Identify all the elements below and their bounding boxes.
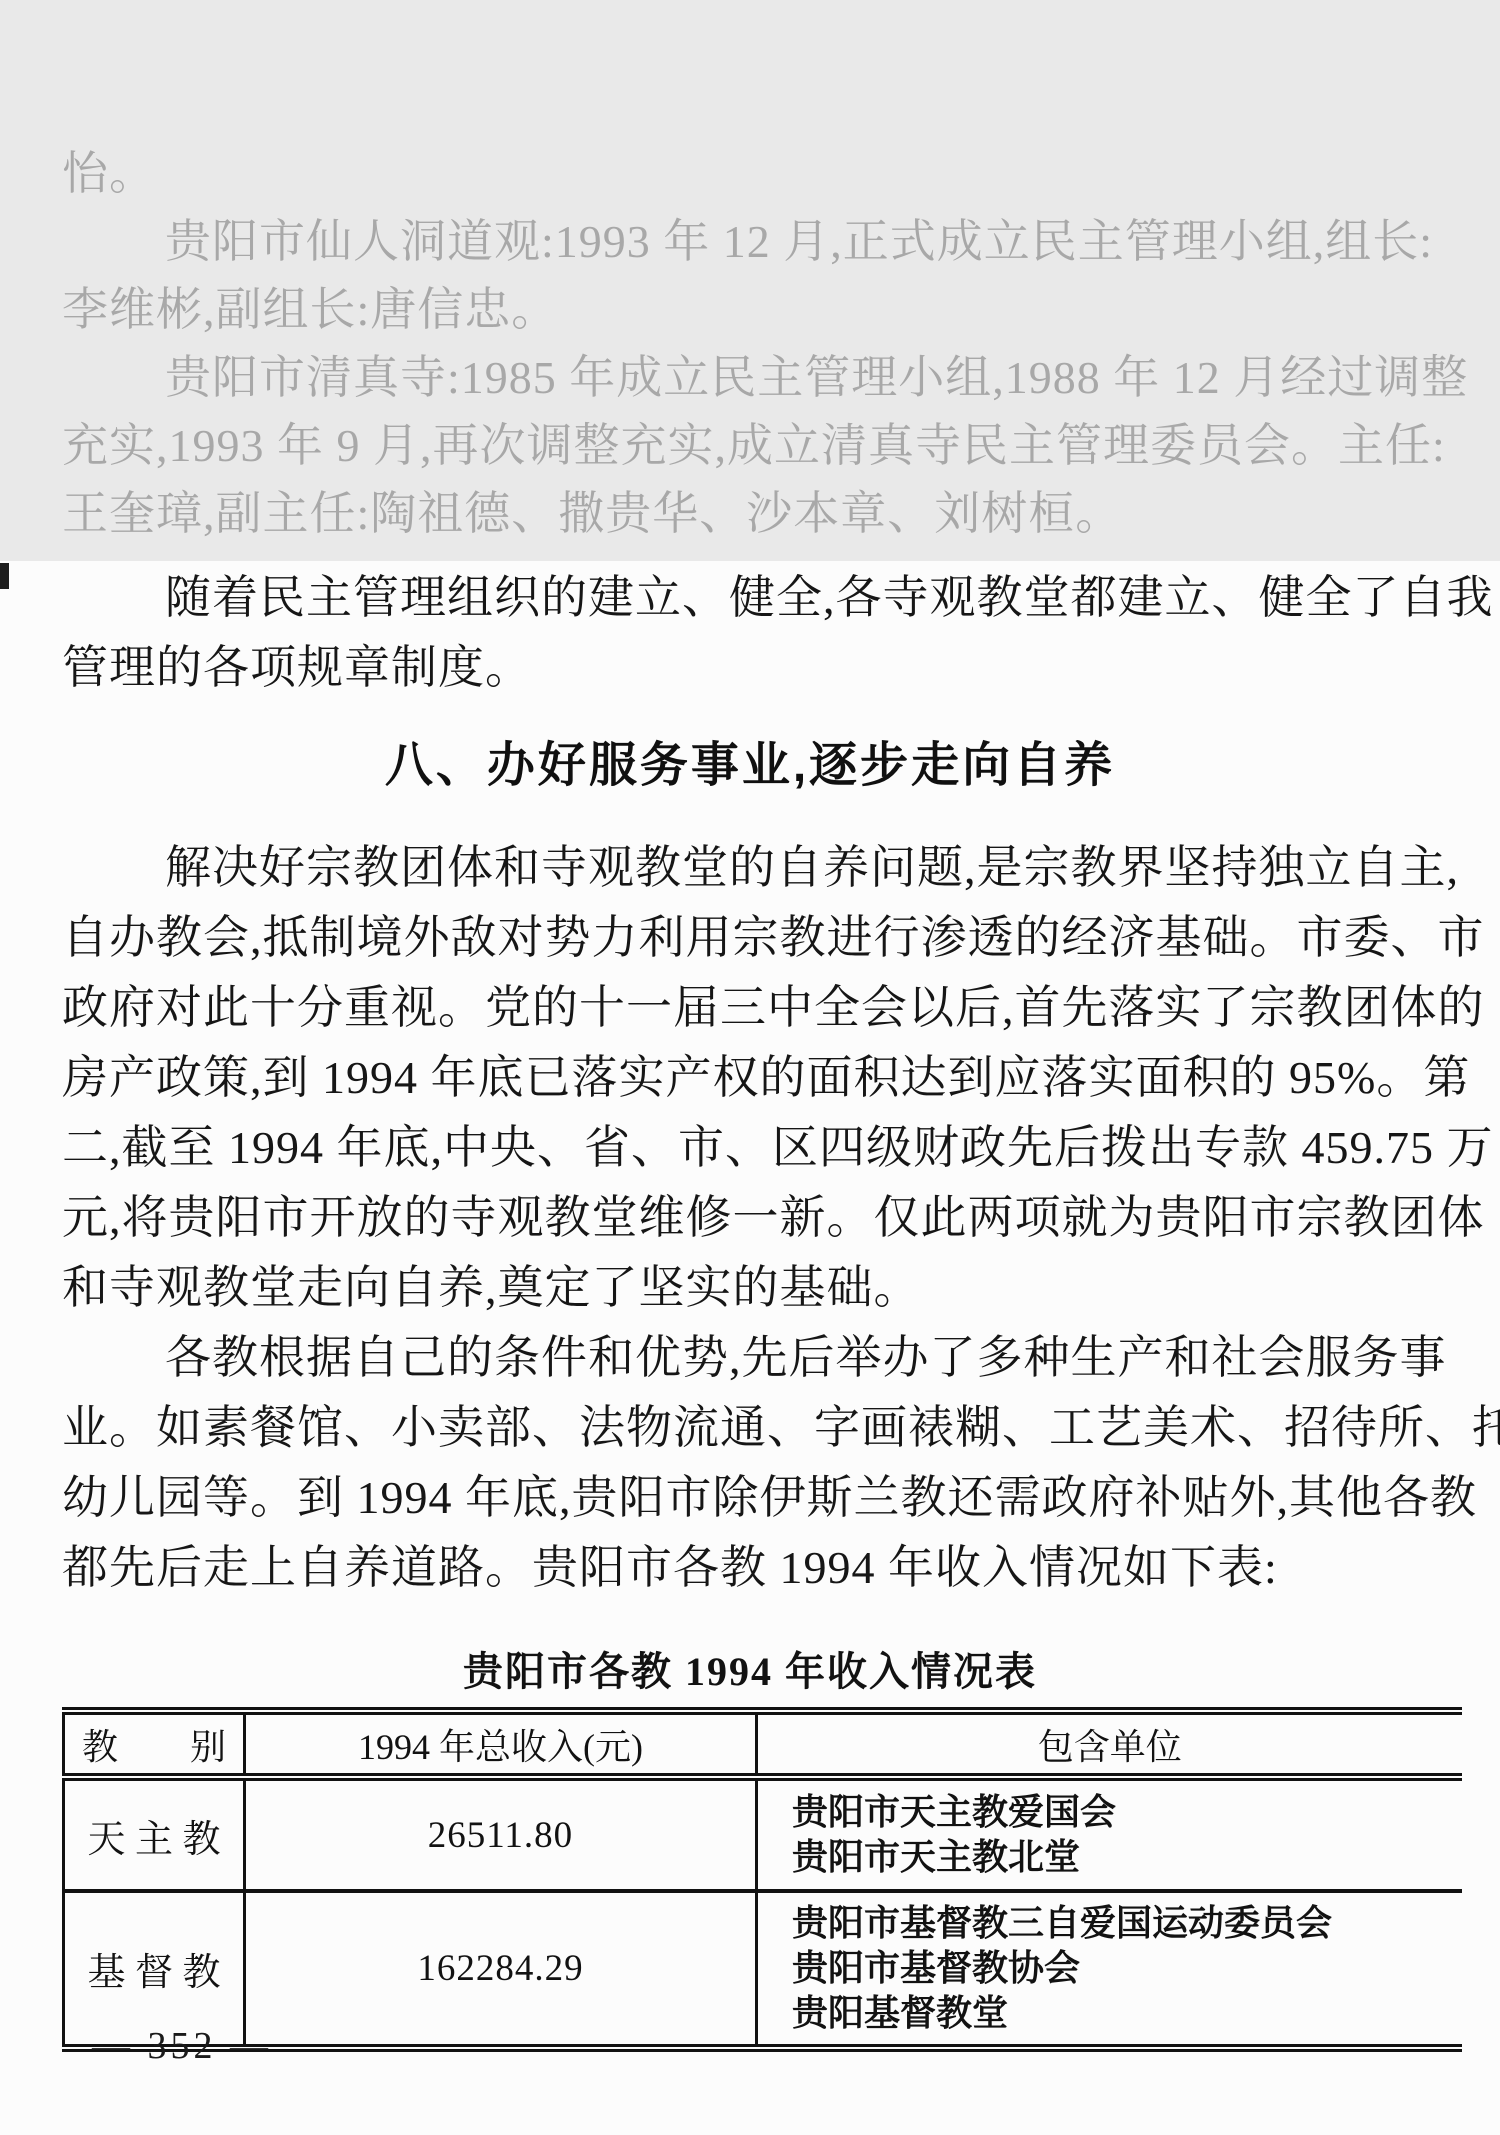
units-cell: 贵阳市天主教爱国会 贵阳市天主教北堂	[757, 1777, 1462, 1891]
text-line: 王奎璋,副主任:陶祖德、撒贵华、沙本章、刘树桓。	[0, 480, 1500, 548]
text-line: 业。如素餐馆、小卖部、法物流通、字画裱糊、工艺美术、招待所、托儿所,	[62, 1393, 1462, 1463]
text-line: 各教根据自己的条件和优势,先后举办了多种生产和社会服务事	[62, 1323, 1462, 1393]
unit-name: 贵阳市基督教三自爱国运动委员会	[792, 1901, 1462, 1946]
text-line: 和寺观教堂走向自养,奠定了坚实的基础。	[62, 1253, 1462, 1323]
faded-scan-region: 怡。 贵阳市仙人洞道观:1993 年 12 月,正式成立民主管理小组,组长: 李…	[0, 0, 1500, 561]
units-cell: 贵阳市基督教三自爱国运动委员会 贵阳市基督教协会 贵阳基督教堂	[757, 1891, 1462, 2048]
body-paragraphs: 解决好宗教团体和寺观教堂的自养问题,是宗教界坚持独立自主, 自办教会,抵制境外敌…	[62, 833, 1462, 1603]
text-line: 解决好宗教团体和寺观教堂的自养问题,是宗教界坚持独立自主,	[62, 833, 1462, 903]
text-line: 李维彬,副组长:唐信忠。	[0, 276, 1500, 344]
unit-name: 贵阳市天主教北堂	[792, 1835, 1462, 1880]
table-title: 贵阳市各教 1994 年收入情况表	[0, 1640, 1500, 1697]
text-line: 贵阳市仙人洞道观:1993 年 12 月,正式成立民主管理小组,组长:	[0, 208, 1500, 276]
text-line: 怡。	[0, 140, 1500, 208]
text-line: 管理的各项规章制度。	[62, 633, 1462, 703]
document-page: 怡。 贵阳市仙人洞道观:1993 年 12 月,正式成立民主管理小组,组长: 李…	[0, 0, 1500, 2135]
intro-paragraph: 随着民主管理组织的建立、健全,各寺观教堂都建立、健全了自我 管理的各项规章制度。	[62, 563, 1462, 703]
unit-name: 贵阳基督教堂	[792, 1991, 1462, 2036]
column-header-units: 包含单位	[757, 1711, 1462, 1777]
text-line: 房产政策,到 1994 年底已落实产权的面积达到应落实面积的 95%。第	[62, 1043, 1462, 1113]
column-header-income: 1994 年总收入(元)	[245, 1711, 757, 1777]
religion-cell: 天 主 教	[64, 1777, 245, 1891]
text-line: 随着民主管理组织的建立、健全,各寺观教堂都建立、健全了自我	[62, 563, 1462, 633]
page-number: — 352 —	[92, 2024, 272, 2068]
text-line: 自办教会,抵制境外敌对势力利用宗教进行渗透的经济基础。市委、市	[62, 903, 1462, 973]
section-heading: 八、办好服务事业,逐步走向自养	[0, 726, 1500, 806]
text-line: 二,截至 1994 年底,中央、省、市、区四级财政先后拨出专款 459.75 万	[62, 1113, 1462, 1183]
scan-artifact-mark	[0, 563, 9, 589]
text-line: 充实,1993 年 9 月,再次调整充实,成立清真寺民主管理委员会。主任:	[0, 412, 1500, 480]
text-line: 元,将贵阳市开放的寺观教堂维修一新。仅此两项就为贵阳市宗教团体	[62, 1183, 1462, 1253]
income-table: 教 别 1994 年总收入(元) 包含单位 天 主 教 26511.80 贵阳市…	[62, 1707, 1462, 2052]
table-header-row: 教 别 1994 年总收入(元) 包含单位	[64, 1711, 1462, 1777]
text-line: 幼儿园等。到 1994 年底,贵阳市除伊斯兰教还需政府补贴外,其他各教	[62, 1463, 1462, 1533]
table-row: 基 督 教 162284.29 贵阳市基督教三自爱国运动委员会 贵阳市基督教协会…	[64, 1891, 1462, 2048]
table-row: 天 主 教 26511.80 贵阳市天主教爱国会 贵阳市天主教北堂	[64, 1777, 1462, 1891]
unit-name: 贵阳市天主教爱国会	[792, 1790, 1462, 1835]
income-cell: 162284.29	[245, 1891, 757, 2048]
text-line: 都先后走上自养道路。贵阳市各教 1994 年收入情况如下表:	[62, 1533, 1462, 1603]
column-header-religion: 教 别	[64, 1711, 245, 1777]
income-cell: 26511.80	[245, 1777, 757, 1891]
unit-name: 贵阳市基督教协会	[792, 1946, 1462, 1991]
text-line: 政府对此十分重视。党的十一届三中全会以后,首先落实了宗教团体的	[62, 973, 1462, 1043]
text-line: 贵阳市清真寺:1985 年成立民主管理小组,1988 年 12 月经过调整	[0, 344, 1500, 412]
